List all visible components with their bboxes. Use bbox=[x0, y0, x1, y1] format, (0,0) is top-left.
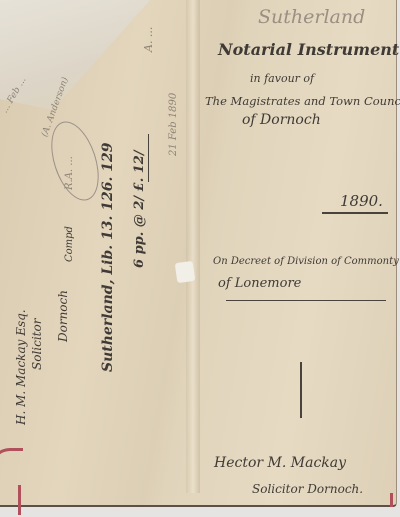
party-line-1: The Magistrates and Town Council bbox=[205, 94, 400, 108]
document-title: Notarial Instrument bbox=[218, 40, 399, 59]
addressee-line-1: H. M. Mackay Esq. bbox=[14, 309, 28, 425]
corner-note: A. ... bbox=[142, 27, 155, 52]
red-tab bbox=[390, 493, 393, 507]
signature-title: Solicitor Dornoch. bbox=[252, 482, 363, 496]
center-fold bbox=[186, 0, 200, 493]
registry-line-1: Sutherland, Lib. 13. 126. 129 bbox=[100, 143, 116, 372]
received-date: 21 Feb 1890 bbox=[168, 93, 179, 156]
addressee-line-2: Solicitor bbox=[30, 319, 44, 370]
subject-line-1: On Decreet of Division of Commonty bbox=[213, 256, 399, 267]
subject-line-2: of Lonemore bbox=[218, 276, 301, 291]
paper-tear bbox=[175, 261, 196, 283]
registry-underline bbox=[148, 134, 149, 182]
year-underline bbox=[322, 212, 388, 214]
registry-line-2: 6 pp. @ 2/ £. 12/ bbox=[132, 150, 147, 268]
oval-note: R.A. ... bbox=[64, 156, 75, 190]
document-cover: Sutherland Notarial Instrument in favour… bbox=[0, 0, 397, 507]
subtitle: in favour of bbox=[250, 72, 314, 85]
party-line-2: of Dornoch bbox=[242, 112, 321, 128]
folded-flap bbox=[0, 0, 150, 110]
red-ribbon-tail bbox=[18, 485, 21, 515]
signature-name: Hector M. Mackay bbox=[214, 455, 346, 471]
year: 1890. bbox=[340, 192, 383, 210]
county-label: Sutherland bbox=[258, 6, 365, 28]
addressee-line-3: Dornoch bbox=[56, 290, 70, 342]
compd-note: Compd bbox=[64, 226, 75, 262]
vertical-mark bbox=[300, 362, 302, 418]
subject-underline bbox=[226, 300, 386, 301]
